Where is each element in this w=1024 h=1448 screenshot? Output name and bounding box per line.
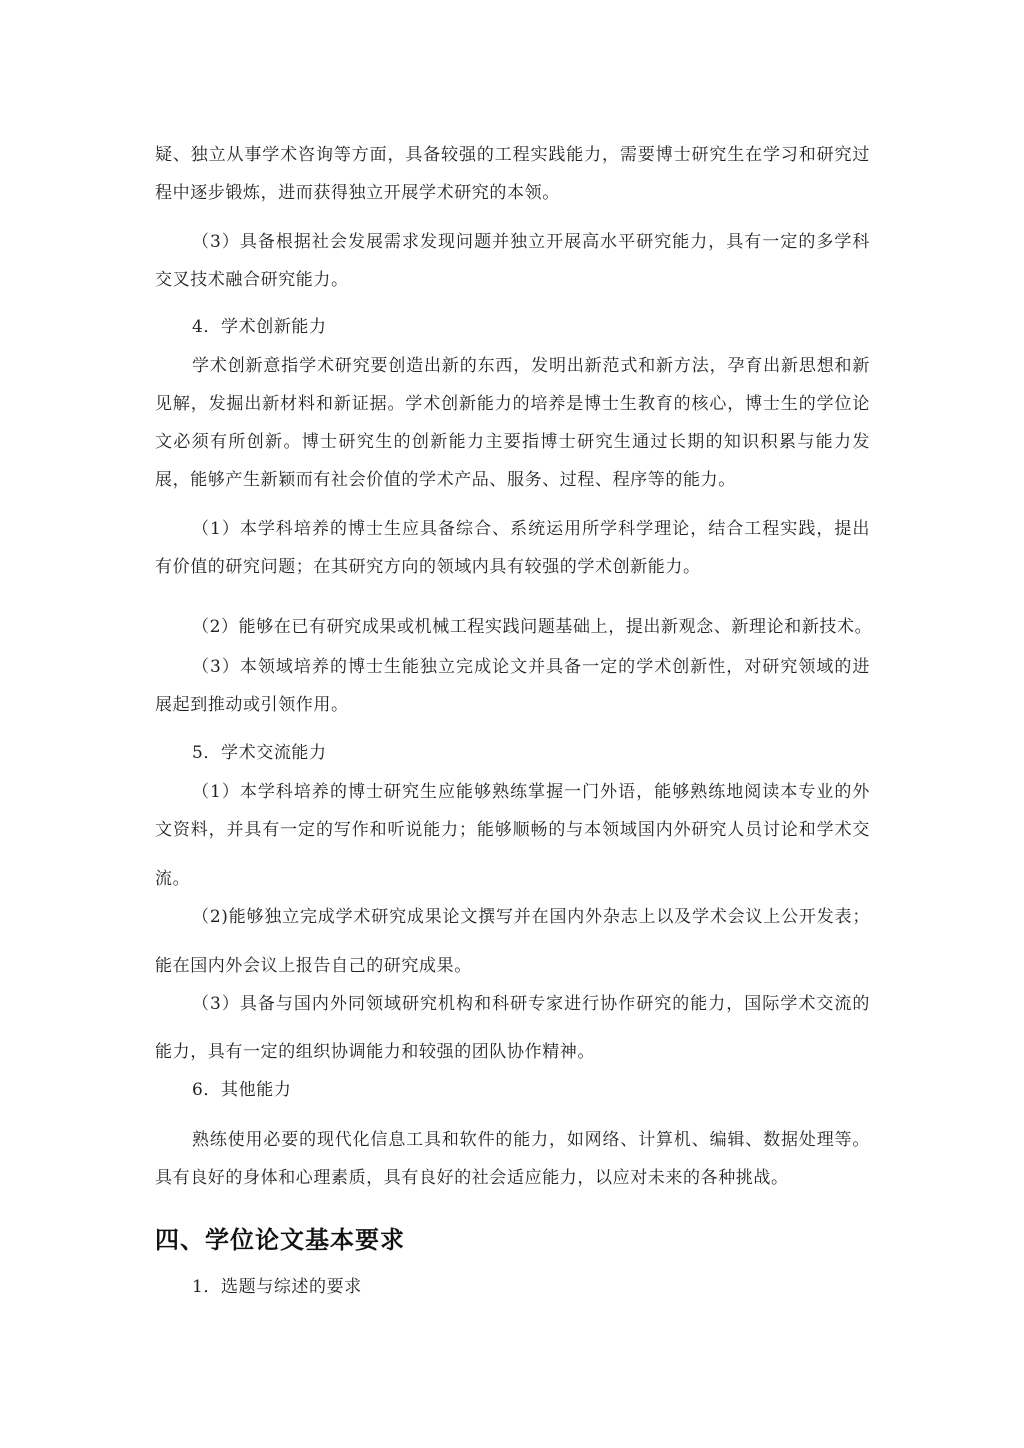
text-line: 4．学术创新能力: [192, 315, 870, 339]
text-line: 有价值的研究问题；在其研究方向的领域内具有较强的学术创新能力。: [155, 555, 870, 579]
document-page: 疑、独立从事学术咨询等方面，具备较强的工程实践能力，需要博士研究生在学习和研究过…: [0, 0, 1024, 1448]
text-line: 展起到推动或引领作用。: [155, 693, 870, 717]
subheading: 1．选题与综述的要求: [192, 1275, 870, 1299]
text-line: 能在国内外会议上报告自己的研究成果。: [155, 954, 870, 978]
text-line: 5．学术交流能力: [192, 741, 870, 765]
text-line: 熟练使用必要的现代化信息工具和软件的能力，如网络、计算机、编辑、数据处理等。: [192, 1128, 870, 1152]
text-line: 程中逐步锻炼，进而获得独立开展学术研究的本领。: [155, 181, 870, 205]
text-line: 学术创新意指学术研究要创造出新的东西，发明出新范式和新方法，孕育出新思想和新: [192, 354, 870, 378]
text-line: 文必须有所创新。博士研究生的创新能力主要指博士研究生通过长期的知识积累与能力发: [155, 430, 870, 454]
text-line: 6．其他能力: [192, 1078, 870, 1102]
text-line: 疑、独立从事学术咨询等方面，具备较强的工程实践能力，需要博士研究生在学习和研究过: [155, 143, 870, 167]
text-line: 能力，具有一定的组织协调能力和较强的团队协作精神。: [155, 1040, 870, 1064]
text-line: （1）本学科培养的博士研究生应能够熟练掌握一门外语，能够熟练地阅读本专业的外: [192, 780, 870, 804]
text-line: （2)能够独立完成学术研究成果论文撰写并在国内外杂志上以及学术会议上公开发表；: [192, 905, 870, 929]
text-line: 具有良好的身体和心理素质，具有良好的社会适应能力，以应对未来的各种挑战。: [155, 1166, 870, 1190]
text-line: 流。: [155, 867, 870, 891]
text-line: （3）具备与国内外同领域研究机构和科研专家进行协作研究的能力，国际学术交流的: [192, 992, 870, 1016]
text-line: （3）本领域培养的博士生能独立完成论文并具备一定的学术创新性，对研究领域的进: [192, 655, 870, 679]
section-heading: 四、学位论文基本要求: [155, 1224, 405, 1256]
text-line: 交叉技术融合研究能力。: [155, 268, 870, 292]
text-line: （3）具备根据社会发展需求发现问题并独立开展高水平研究能力，具有一定的多学科: [192, 230, 870, 254]
text-line: （2）能够在已有研究成果或机械工程实践问题基础上，提出新观念、新理论和新技术。: [192, 615, 870, 639]
text-line: 文资料，并具有一定的写作和听说能力；能够顺畅的与本领域国内外研究人员讨论和学术交: [155, 818, 870, 842]
text-line: 见解，发掘出新材料和新证据。学术创新能力的培养是博士生教育的核心，博士生的学位论: [155, 392, 870, 416]
text-line: 展，能够产生新颖而有社会价值的学术产品、服务、过程、程序等的能力。: [155, 468, 870, 492]
text-line: （1）本学科培养的博士生应具备综合、系统运用所学科学理论，结合工程实践，提出: [192, 517, 870, 541]
